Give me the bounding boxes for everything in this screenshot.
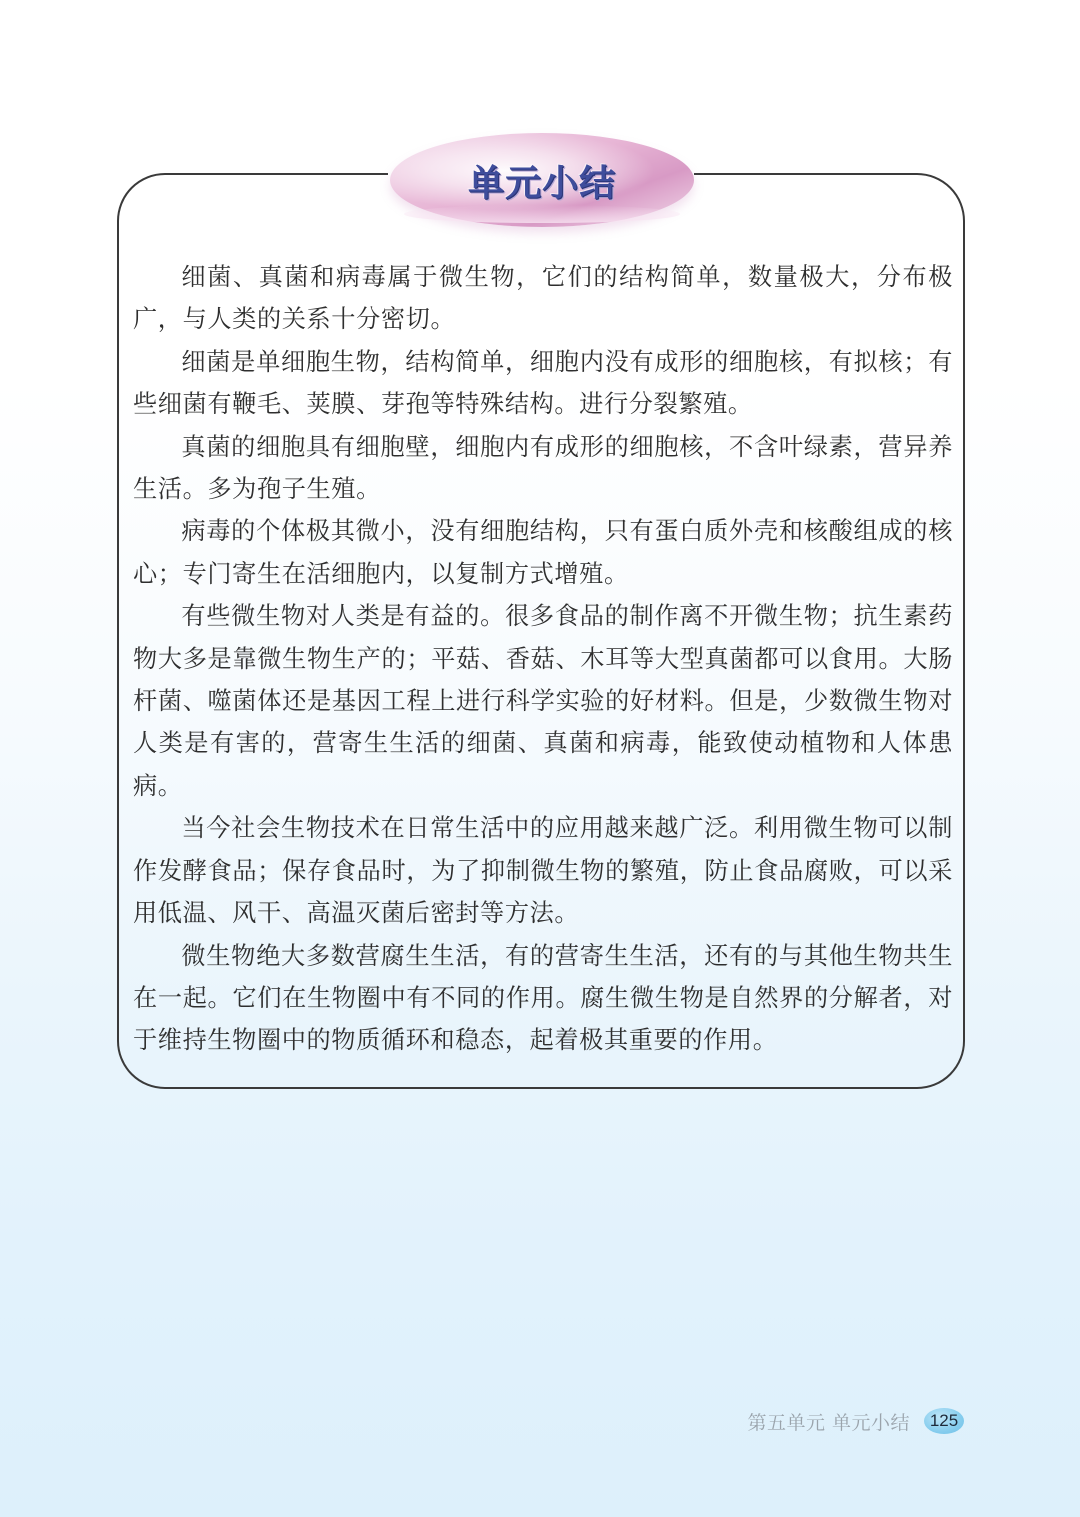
title-banner: 单元小结: [390, 133, 694, 227]
paragraph-viruses: 病毒的个体极其微小，没有细胞结构，只有蛋白质外壳和核酸组成的核心；专门寄生在活细…: [133, 510, 953, 595]
summary-content: 细菌、真菌和病毒属于微生物，它们的结构简单，数量极大，分布极广，与人类的关系十分…: [133, 256, 953, 1062]
paragraph-benefits-harms: 有些微生物对人类是有益的。很多食品的制作离不开微生物；抗生素药物大多是靠微生物生…: [133, 595, 953, 807]
page-footer: 第五单元 单元小结 125: [747, 1404, 964, 1438]
paragraph-bacteria: 细菌是单细胞生物，结构简单，细胞内没有成形的细胞核，有拟核；有些细菌有鞭毛、荚膜…: [133, 341, 953, 426]
paragraph-ecological-role: 微生物绝大多数营腐生生活，有的营寄生生活，还有的与其他生物共生在一起。它们在生物…: [133, 935, 953, 1062]
footer-section-label: 第五单元 单元小结: [747, 1408, 910, 1435]
paragraph-biotechnology: 当今社会生物技术在日常生活中的应用越来越广泛。利用微生物可以制作发酵食品；保存食…: [133, 807, 953, 934]
page-number-badge: 125: [924, 1408, 964, 1434]
page-title: 单元小结: [468, 155, 616, 206]
paragraph-fungi: 真菌的细胞具有细胞壁，细胞内有成形的细胞核，不含叶绿素，营异养生活。多为孢子生殖…: [133, 426, 953, 511]
paragraph-microbes-overview: 细菌、真菌和病毒属于微生物，它们的结构简单，数量极大，分布极广，与人类的关系十分…: [133, 256, 953, 341]
